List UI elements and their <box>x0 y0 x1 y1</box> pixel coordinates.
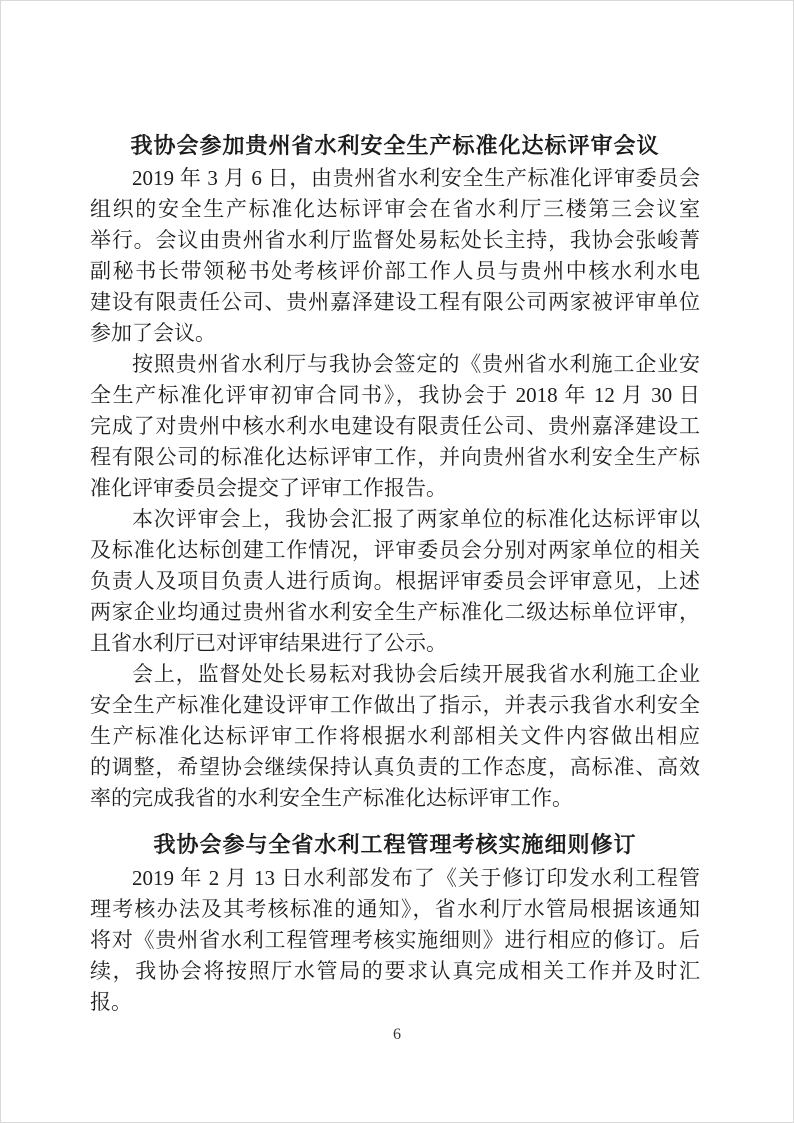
paragraph: 2019 年 2 月 13 日水利部发布了《关于修订印发水利工程管 理考核办法及… <box>90 863 700 1018</box>
paragraph: 本次评审会上，我协会汇报了两家单位的标准化达标评审以 及标准化达标创建工作情况，… <box>90 504 700 659</box>
text-line: 完成了对贵州中核水利水电建设有限责任公司、贵州嘉泽建设工 <box>90 411 700 442</box>
text-line: 生产标准化达标评审工作将根据水利部相关文件内容做出相应 <box>90 721 700 752</box>
paragraph: 2019 年 3 月 6 日，由贵州省水利安全生产标准化评审委员会 组织的安全生… <box>90 163 700 349</box>
text-line: 参加了会议。 <box>90 318 700 349</box>
document-page: 我协会参加贵州省水利安全生产标准化达标评审会议 2019 年 3 月 6 日，由… <box>0 0 794 1123</box>
paragraph: 会上，监督处处长易耘对我协会后续开展我省水利施工企业 安全生产标准化建设评审工作… <box>90 659 700 814</box>
page-number: 6 <box>1 1026 793 1044</box>
text-line: 组织的安全生产标准化达标评审会在省水利厅三楼第三会议室 <box>90 194 700 225</box>
text-line: 副秘书长带领秘书处考核评价部工作人员与贵州中核水利水电 <box>90 256 700 287</box>
section-assessment-rules-revision: 我协会参与全省水利工程管理考核实施细则修订 2019 年 2 月 13 日水利部… <box>90 828 700 1018</box>
text-line: 按照贵州省水利厅与我协会签定的《贵州省水利施工企业安 <box>90 349 700 380</box>
text-line: 2019 年 2 月 13 日水利部发布了《关于修订印发水利工程管 <box>90 863 700 894</box>
section-title: 我协会参加贵州省水利安全生产标准化达标评审会议 <box>90 129 700 162</box>
paragraph: 按照贵州省水利厅与我协会签定的《贵州省水利施工企业安 全生产标准化评审初审合同书… <box>90 349 700 504</box>
text-line: 负责人及项目负责人进行质询。根据评审委员会评审意见，上述 <box>90 566 700 597</box>
text-line: 将对《贵州省水利工程管理考核实施细则》进行相应的修订。后 <box>90 925 700 956</box>
text-line: 安全生产标准化建设评审工作做出了指示，并表示我省水利安全 <box>90 690 700 721</box>
text-line: 报。 <box>90 987 700 1018</box>
section-standardization-review: 我协会参加贵州省水利安全生产标准化达标评审会议 2019 年 3 月 6 日，由… <box>90 129 700 814</box>
text-line: 本次评审会上，我协会汇报了两家单位的标准化达标评审以 <box>90 504 700 535</box>
text-line: 两家企业均通过贵州省水利安全生产标准化二级达标单位评审， <box>90 597 700 628</box>
text-line: 准化评审委员会提交了评审工作报告。 <box>90 473 700 504</box>
text-line: 率的完成我省的水利安全生产标准化达标评审工作。 <box>90 783 700 814</box>
text-line: 会上，监督处处长易耘对我协会后续开展我省水利施工企业 <box>90 659 700 690</box>
text-line: 程有限公司的标准化达标评审工作，并向贵州省水利安全生产标 <box>90 442 700 473</box>
text-line: 及标准化达标创建工作情况，评审委员会分别对两家单位的相关 <box>90 535 700 566</box>
text-line: 2019 年 3 月 6 日，由贵州省水利安全生产标准化评审委员会 <box>90 163 700 194</box>
text-line: 举行。会议由贵州省水利厅监督处易耘处长主持，我协会张峻菁 <box>90 225 700 256</box>
text-line: 续，我协会将按照厅水管局的要求认真完成相关工作并及时汇 <box>90 956 700 987</box>
section-title: 我协会参与全省水利工程管理考核实施细则修订 <box>90 828 700 861</box>
text-line: 全生产标准化评审初审合同书》，我协会于 2018 年 12 月 30 日 <box>90 380 700 411</box>
text-line: 且省水利厅已对评审结果进行了公示。 <box>90 628 700 659</box>
text-line: 建设有限责任公司、贵州嘉泽建设工程有限公司两家被评审单位 <box>90 287 700 318</box>
text-line: 理考核办法及其考核标准的通知》，省水利厅水管局根据该通知 <box>90 894 700 925</box>
text-line: 的调整，希望协会继续保持认真负责的工作态度，高标准、高效 <box>90 752 700 783</box>
